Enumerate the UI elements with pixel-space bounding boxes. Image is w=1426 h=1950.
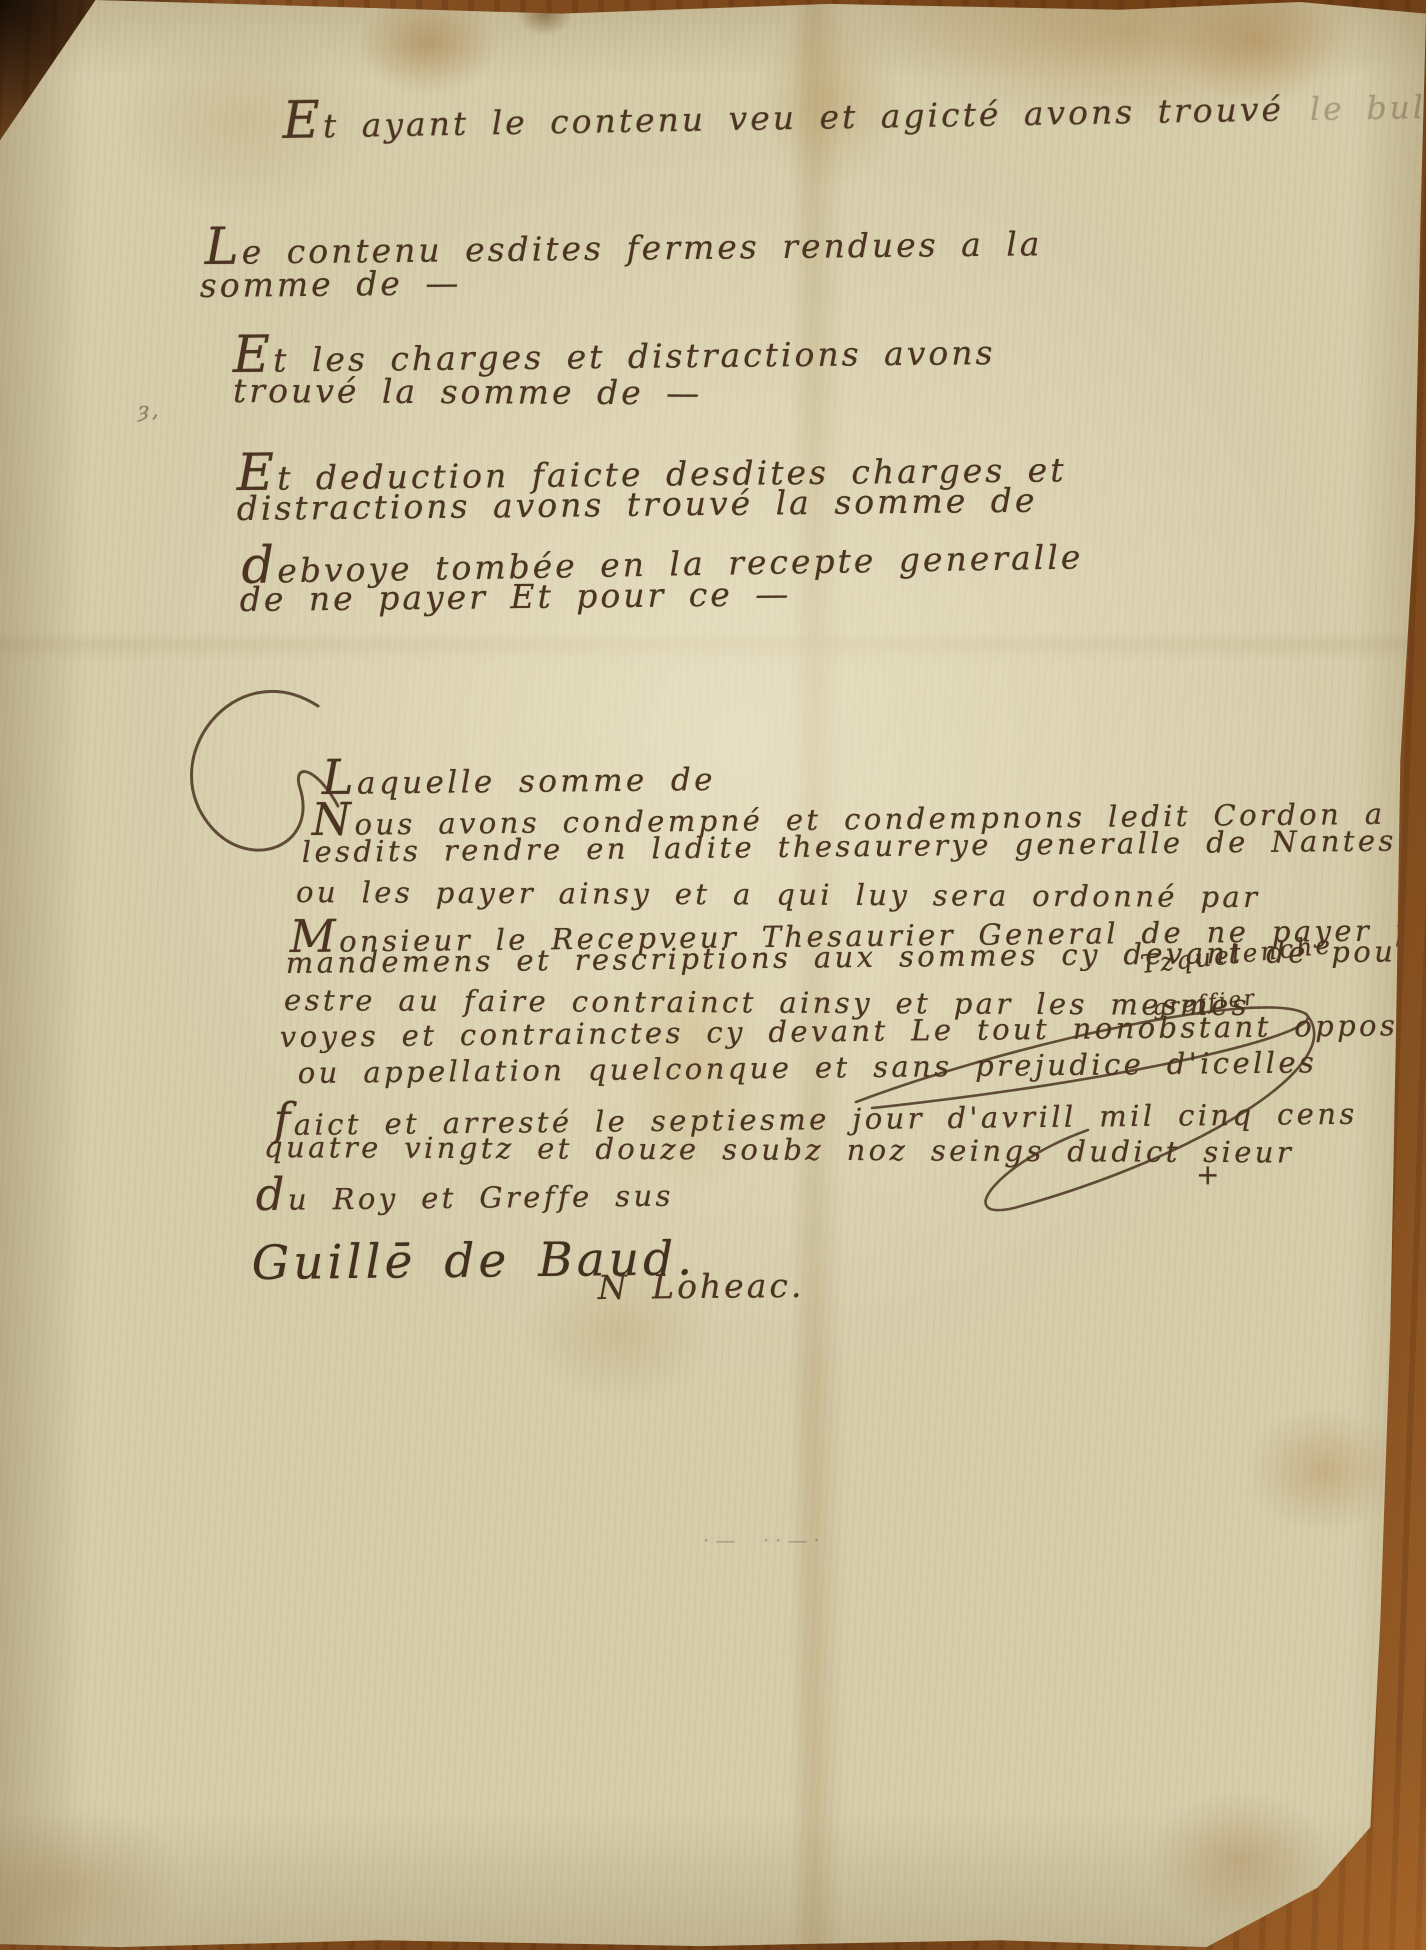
entry-text: Et ayant le contenu veu et agicté avons … bbox=[282, 90, 1284, 146]
manuscript-photo: Et ayant le contenu veu et agicté avons … bbox=[0, 0, 1426, 1950]
faded-annotation: le bulletin bbox=[1310, 89, 1426, 129]
entry-line: de ne payer Et pour ce — bbox=[240, 574, 792, 619]
entry-line: Et ayant le contenu veu et agicté avons … bbox=[282, 71, 1426, 151]
handwriting-layer: Et ayant le contenu veu et agicté avons … bbox=[0, 0, 1426, 1950]
entry-line: trouvé la somme de — bbox=[233, 371, 702, 412]
signature-n-loheac: N Loheac. bbox=[598, 1266, 805, 1307]
paper-sheet: Et ayant le contenu veu et agicté avons … bbox=[0, 0, 1426, 1950]
judgment-line: quatre vingtz et douze soubz noz seings … bbox=[264, 1130, 1294, 1169]
entry-line: distractions avons trouvé la somme de bbox=[237, 481, 1038, 528]
judgment-line: du Roy et Greffe sus bbox=[255, 1164, 674, 1221]
cross-mark: + bbox=[1196, 1158, 1222, 1191]
faint-dash-mark: ·— ··—· bbox=[703, 1528, 826, 1552]
entry-line: somme de — bbox=[200, 263, 462, 305]
margin-mark: ȝ, bbox=[138, 398, 162, 422]
